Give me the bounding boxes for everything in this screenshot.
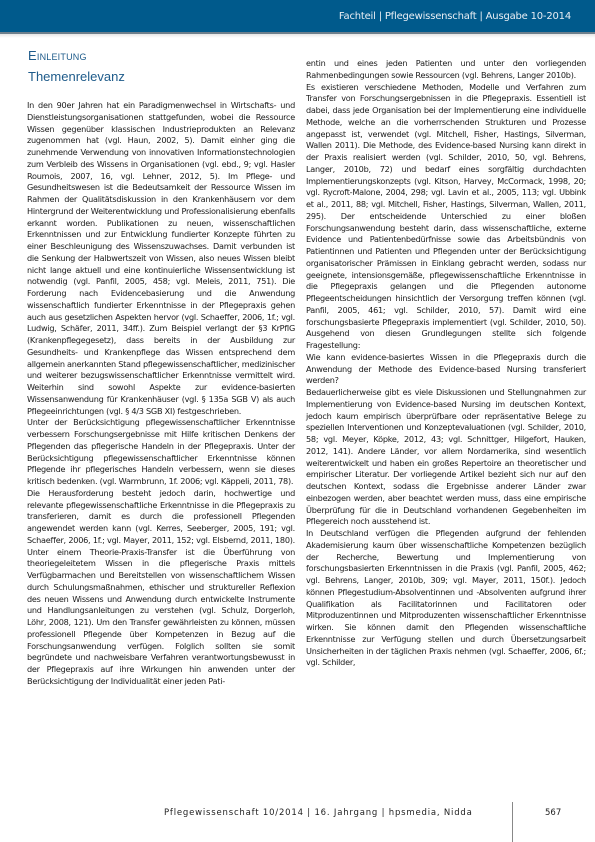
paragraph: In Deutschland verfügen die Pflegenden a… [306,528,586,669]
footer-divider [512,802,513,842]
section-heading: Einleitung [28,48,87,63]
header-title: Fachteil | Pflegewissenschaft | Ausgabe … [339,11,571,22]
header-shadow [0,34,595,38]
paragraph: entin und eines jeden Patienten und unte… [306,58,586,82]
journal-header-bar: Fachteil | Pflegewissenschaft | Ausgabe … [0,0,595,34]
paragraph: Die Herausforderung besteht jedoch darin… [27,488,295,688]
page-number: 567 [545,808,561,818]
paragraph: Bedauerlicherweise gibt es viele Diskuss… [306,387,586,528]
subsection-heading: Themenrelevanz [28,69,125,84]
footer-journal-info: Pflegewissenschaft 10/2014 | 16. Jahrgan… [164,808,473,818]
research-question: Wie kann evidence-basiertes Wissen in di… [306,352,586,387]
left-column: In den 90er Jahren hat ein Paradigmenwec… [27,100,295,688]
paragraph: Unter der Berücksichtigung pflegewissens… [27,417,295,488]
paragraph: In den 90er Jahren hat ein Paradigmenwec… [27,100,295,417]
right-column: entin und eines jeden Patienten und unte… [306,58,586,669]
paragraph: Es existieren verschiedene Methoden, Mod… [306,82,586,352]
